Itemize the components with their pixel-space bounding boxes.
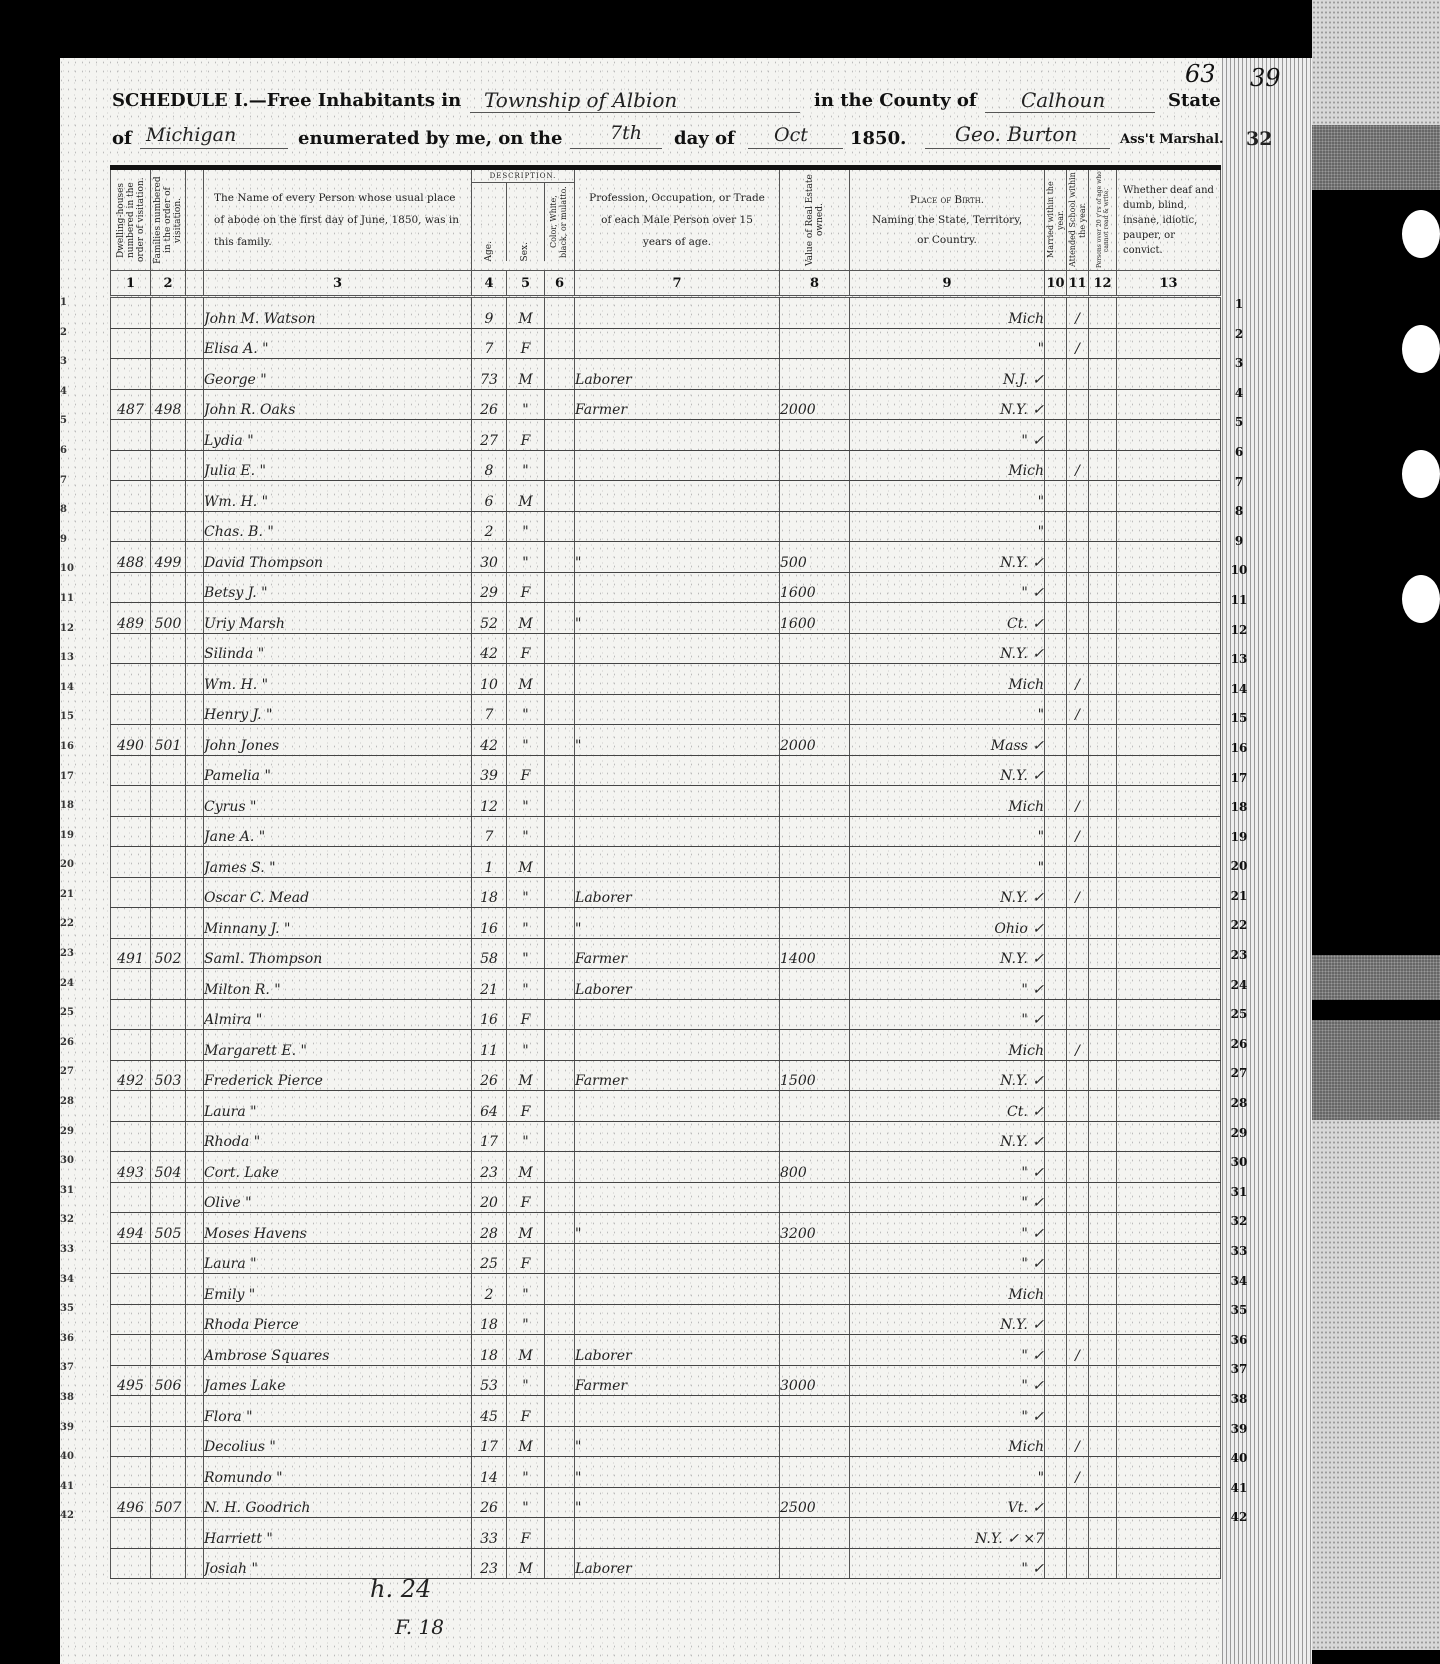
age-cell: 64 — [472, 1091, 507, 1122]
line-number: 41 — [1227, 1481, 1251, 1511]
table-row: James S. "1M" — [111, 847, 1221, 878]
attended-school-cell — [1067, 359, 1089, 390]
col-name-header: The Name of every Person whose usual pla… — [204, 168, 472, 271]
married-within-year-cell — [1045, 1060, 1067, 1091]
sex-cell: " — [507, 1365, 545, 1396]
footer-note-1: h. 24 — [370, 1575, 431, 1603]
table-row: 496507N. H. Goodrich26""2500Vt. ✓ — [111, 1487, 1221, 1518]
real-estate-value-cell — [780, 1396, 850, 1427]
age-cell: 26 — [472, 1487, 507, 1518]
married-within-year-cell — [1045, 359, 1067, 390]
line-number-left: 1 — [60, 297, 76, 327]
married-within-year-cell — [1045, 572, 1067, 603]
age-cell: 2 — [472, 1274, 507, 1305]
sex-cell: F — [507, 572, 545, 603]
col-number: 11 — [1067, 271, 1089, 297]
sex-cell: " — [507, 938, 545, 969]
age-cell: 18 — [472, 1335, 507, 1366]
dwelling-number-cell — [111, 1396, 151, 1427]
attended-school-cell — [1067, 1213, 1089, 1244]
color-cell — [545, 847, 575, 878]
birthplace-cell: " ✓ — [850, 1335, 1045, 1366]
dwelling-number-cell: 493 — [111, 1152, 151, 1183]
line-numbers-left: 1234567891011121314151617181920212223242… — [60, 297, 76, 1540]
attended-school-cell: / — [1067, 328, 1089, 359]
person-name-cell: John Jones — [204, 725, 472, 756]
attended-school-cell — [1067, 1243, 1089, 1274]
color-cell — [545, 1060, 575, 1091]
person-name-cell: Saml. Thompson — [204, 938, 472, 969]
color-cell — [545, 1548, 575, 1579]
occupation-cell: Laborer — [575, 359, 780, 390]
line-number-left: 33 — [60, 1244, 76, 1274]
occupation-cell: Farmer — [575, 938, 780, 969]
col-number: 1 — [111, 271, 151, 297]
color-cell — [545, 938, 575, 969]
occupation-cell — [575, 1304, 780, 1335]
sex-cell: " — [507, 1030, 545, 1061]
married-within-year-cell — [1045, 1487, 1067, 1518]
table-row: Rhoda Pierce18"N.Y. ✓ — [111, 1304, 1221, 1335]
cannot-read-write-cell — [1089, 389, 1117, 420]
real-estate-value-cell — [780, 1335, 850, 1366]
table-row: Chas. B. "2"" — [111, 511, 1221, 542]
attended-school-cell — [1067, 389, 1089, 420]
sex-cell: " — [507, 1457, 545, 1488]
married-within-year-cell — [1045, 1426, 1067, 1457]
attended-school-cell — [1067, 1060, 1089, 1091]
line-number-left: 29 — [60, 1126, 76, 1156]
person-name-cell: Flora " — [204, 1396, 472, 1427]
binder-ring — [1402, 210, 1440, 258]
color-cell — [545, 999, 575, 1030]
age-cell: 18 — [472, 877, 507, 908]
line-number-left: 41 — [60, 1481, 76, 1511]
family-number-cell: 507 — [151, 1487, 186, 1518]
occupation-cell: " — [575, 1426, 780, 1457]
color-cell — [545, 755, 575, 786]
occupation-cell: Farmer — [575, 389, 780, 420]
married-within-year-cell — [1045, 450, 1067, 481]
age-cell: 10 — [472, 664, 507, 695]
binder-ring — [1402, 325, 1440, 373]
township-value: Township of Albion — [484, 88, 677, 112]
dwelling-number-cell — [111, 297, 151, 329]
occupation-cell — [575, 1274, 780, 1305]
occupation-cell — [575, 694, 780, 725]
family-number-cell — [151, 999, 186, 1030]
line-number: 1 — [1227, 297, 1251, 327]
cannot-read-write-cell — [1089, 1518, 1117, 1549]
column-number-row: 1 2 3 4 5 6 7 8 9 10 11 12 13 — [111, 271, 1221, 297]
cannot-read-write-cell — [1089, 1365, 1117, 1396]
married-within-year-cell — [1045, 1335, 1067, 1366]
col-number: 4 — [472, 271, 507, 297]
age-cell: 12 — [472, 786, 507, 817]
sex-cell: M — [507, 1548, 545, 1579]
dwelling-number-cell: 494 — [111, 1213, 151, 1244]
family-number-cell — [151, 1548, 186, 1579]
line-number-left: 22 — [60, 918, 76, 948]
family-number-cell: 501 — [151, 725, 186, 756]
line-number-left: 26 — [60, 1037, 76, 1067]
dwelling-number-cell — [111, 847, 151, 878]
table-row: Ambrose Squares18MLaborer" ✓/ — [111, 1335, 1221, 1366]
cannot-read-write-cell — [1089, 1548, 1117, 1579]
attended-school-cell — [1067, 1274, 1089, 1305]
person-name-cell: Harriett " — [204, 1518, 472, 1549]
col-number: 3 — [204, 271, 472, 297]
family-number-cell — [151, 908, 186, 939]
condition-cell — [1117, 938, 1221, 969]
line-number-left: 35 — [60, 1303, 76, 1333]
condition-cell — [1117, 1182, 1221, 1213]
attended-school-cell — [1067, 1365, 1089, 1396]
person-name-cell: Laura " — [204, 1243, 472, 1274]
family-number-cell — [151, 816, 186, 847]
table-row: Decolius "17M"Mich/ — [111, 1426, 1221, 1457]
col-color-header: Color, White, black, or mulatto. — [549, 183, 569, 261]
sex-cell: " — [507, 786, 545, 817]
condition-cell — [1117, 633, 1221, 664]
married-within-year-cell — [1045, 1365, 1067, 1396]
person-name-cell: Rhoda " — [204, 1121, 472, 1152]
age-cell: 14 — [472, 1457, 507, 1488]
line-number-left: 21 — [60, 889, 76, 919]
cannot-read-write-cell — [1089, 908, 1117, 939]
birthplace-cell: " — [850, 1457, 1045, 1488]
condition-cell — [1117, 1548, 1221, 1579]
married-within-year-cell — [1045, 816, 1067, 847]
cannot-read-write-cell — [1089, 1274, 1117, 1305]
condition-cell — [1117, 450, 1221, 481]
birthplace-cell: " ✓ — [850, 969, 1045, 1000]
age-cell: 23 — [472, 1548, 507, 1579]
family-number-cell: 505 — [151, 1213, 186, 1244]
col-number: 10 — [1045, 271, 1067, 297]
attended-school-cell — [1067, 1396, 1089, 1427]
birthplace-cell: Mich — [850, 297, 1045, 329]
dwelling-number-cell — [111, 1304, 151, 1335]
occupation-cell: Laborer — [575, 1548, 780, 1579]
line-number: 3 — [1227, 356, 1251, 386]
color-cell — [545, 420, 575, 451]
color-cell — [545, 1091, 575, 1122]
line-number: 11 — [1227, 593, 1251, 623]
person-name-cell: Wm. H. " — [204, 664, 472, 695]
line-number: 7 — [1227, 475, 1251, 505]
sex-cell: M — [507, 1426, 545, 1457]
col-sex-header: Sex. — [520, 242, 530, 261]
dwelling-number-cell — [111, 450, 151, 481]
married-within-year-cell — [1045, 725, 1067, 756]
dwelling-number-cell — [111, 816, 151, 847]
table-row: 491502Saml. Thompson58"Farmer1400N.Y. ✓ — [111, 938, 1221, 969]
sex-cell: F — [507, 1518, 545, 1549]
family-number-cell — [151, 847, 186, 878]
sex-cell: " — [507, 694, 545, 725]
cannot-read-write-cell — [1089, 511, 1117, 542]
attended-school-cell — [1067, 1518, 1089, 1549]
condition-cell — [1117, 1121, 1221, 1152]
cannot-read-write-cell — [1089, 633, 1117, 664]
col-number: 9 — [850, 271, 1045, 297]
line-number: 42 — [1227, 1510, 1251, 1540]
birthplace-cell: " — [850, 511, 1045, 542]
person-name-cell: Moses Havens — [204, 1213, 472, 1244]
sex-cell: " — [507, 877, 545, 908]
line-number-left: 40 — [60, 1451, 76, 1481]
sex-cell: M — [507, 1060, 545, 1091]
col-number: 5 — [507, 271, 545, 297]
line-number-left: 4 — [60, 386, 76, 416]
col-occupation-header: Profession, Occupation, or Trade of each… — [575, 168, 780, 271]
line-number-left: 28 — [60, 1096, 76, 1126]
table-row: Laura "25F" ✓ — [111, 1243, 1221, 1274]
married-within-year-cell — [1045, 1030, 1067, 1061]
married-within-year-cell — [1045, 908, 1067, 939]
line-number-left: 18 — [60, 800, 76, 830]
person-name-cell: Julia E. " — [204, 450, 472, 481]
person-name-cell: Oscar C. Mead — [204, 877, 472, 908]
real-estate-value-cell — [780, 450, 850, 481]
color-cell — [545, 1213, 575, 1244]
color-cell — [545, 877, 575, 908]
occupation-cell — [575, 1121, 780, 1152]
real-estate-value-cell — [780, 786, 850, 817]
person-name-cell: Cyrus " — [204, 786, 472, 817]
line-number: 22 — [1227, 918, 1251, 948]
age-cell: 42 — [472, 725, 507, 756]
col-birthplace-header: Place of Birth. Naming the State, Territ… — [850, 168, 1045, 271]
cannot-read-write-cell — [1089, 725, 1117, 756]
cannot-read-write-cell — [1089, 1304, 1117, 1335]
person-name-cell: Minnany J. " — [204, 908, 472, 939]
line-number: 29 — [1227, 1126, 1251, 1156]
birthplace-cell: Mass ✓ — [850, 725, 1045, 756]
occupation-cell: Farmer — [575, 1060, 780, 1091]
table-row: Silinda "42FN.Y. ✓ — [111, 633, 1221, 664]
line-number: 5 — [1227, 415, 1251, 445]
color-cell — [545, 725, 575, 756]
dwelling-number-cell: 496 — [111, 1487, 151, 1518]
line-number-left: 37 — [60, 1362, 76, 1392]
sex-cell: M — [507, 297, 545, 329]
sex-cell: " — [507, 1274, 545, 1305]
census-rows: John M. Watson9MMich/Elisa A. "7F"/Georg… — [111, 297, 1221, 1579]
line-number: 9 — [1227, 534, 1251, 564]
cannot-read-write-cell — [1089, 1091, 1117, 1122]
birthplace-cell: N.J. ✓ — [850, 359, 1045, 390]
dwelling-number-cell — [111, 1274, 151, 1305]
dwelling-number-cell — [111, 786, 151, 817]
dwelling-number-cell — [111, 1548, 151, 1579]
cannot-read-write-cell — [1089, 420, 1117, 451]
age-cell: 73 — [472, 359, 507, 390]
condition-cell — [1117, 1274, 1221, 1305]
person-name-cell: Margarett E. " — [204, 1030, 472, 1061]
age-cell: 26 — [472, 389, 507, 420]
cannot-read-write-cell — [1089, 1487, 1117, 1518]
line-number: 33 — [1227, 1244, 1251, 1274]
real-estate-value-cell — [780, 1182, 850, 1213]
married-within-year-cell — [1045, 1396, 1067, 1427]
col-number: 13 — [1117, 271, 1221, 297]
sex-cell: M — [507, 1152, 545, 1183]
table-row: Betsy J. "29F1600" ✓ — [111, 572, 1221, 603]
condition-cell — [1117, 1243, 1221, 1274]
family-number-cell — [151, 1182, 186, 1213]
condition-cell — [1117, 1091, 1221, 1122]
cannot-read-write-cell — [1089, 297, 1117, 329]
table-row: 489500Uriy Marsh52M"1600Ct. ✓ — [111, 603, 1221, 634]
real-estate-value-cell: 2000 — [780, 725, 850, 756]
family-number-cell — [151, 297, 186, 329]
real-estate-value-cell — [780, 1243, 850, 1274]
line-number: 12 — [1227, 623, 1251, 653]
attended-school-cell: / — [1067, 816, 1089, 847]
county-label: in the County of — [814, 90, 977, 111]
attended-school-cell — [1067, 999, 1089, 1030]
line-number-left: 7 — [60, 475, 76, 505]
family-number-cell — [151, 1121, 186, 1152]
dwelling-number-cell — [111, 908, 151, 939]
family-number-cell: 503 — [151, 1060, 186, 1091]
sex-cell: " — [507, 511, 545, 542]
occupation-cell — [575, 450, 780, 481]
attended-school-cell — [1067, 755, 1089, 786]
line-number: 26 — [1227, 1037, 1251, 1067]
sex-cell: F — [507, 328, 545, 359]
cannot-read-write-cell — [1089, 450, 1117, 481]
real-estate-value-cell — [780, 1457, 850, 1488]
column-header-row: Dwelling-houses numbered in the order of… — [111, 168, 1221, 271]
cannot-read-write-cell — [1089, 359, 1117, 390]
table-row: 490501John Jones42""2000Mass ✓ — [111, 725, 1221, 756]
color-cell — [545, 603, 575, 634]
sex-cell: F — [507, 633, 545, 664]
line-number-left: 39 — [60, 1422, 76, 1452]
occupation-cell: " — [575, 542, 780, 573]
married-within-year-cell — [1045, 877, 1067, 908]
color-cell — [545, 511, 575, 542]
age-cell: 39 — [472, 755, 507, 786]
family-number-cell — [151, 328, 186, 359]
dwelling-number-cell — [111, 969, 151, 1000]
sex-cell: " — [507, 908, 545, 939]
sex-cell: M — [507, 1335, 545, 1366]
attended-school-cell — [1067, 633, 1089, 664]
real-estate-value-cell: 1600 — [780, 572, 850, 603]
family-number-cell — [151, 877, 186, 908]
married-within-year-cell — [1045, 328, 1067, 359]
line-number: 30 — [1227, 1155, 1251, 1185]
birthplace-cell: N.Y. ✓ — [850, 542, 1045, 573]
col-number: 12 — [1089, 271, 1117, 297]
line-number: 39 — [1227, 1422, 1251, 1452]
family-number-cell — [151, 694, 186, 725]
real-estate-value-cell — [780, 1518, 850, 1549]
age-cell: 42 — [472, 633, 507, 664]
cannot-read-write-cell — [1089, 1121, 1117, 1152]
line-number-left: 17 — [60, 771, 76, 801]
line-number-left: 16 — [60, 741, 76, 771]
person-name-cell: John M. Watson — [204, 297, 472, 329]
age-cell: 33 — [472, 1518, 507, 1549]
cannot-read-write-cell — [1089, 1396, 1117, 1427]
attended-school-cell — [1067, 572, 1089, 603]
real-estate-value-cell — [780, 847, 850, 878]
birthplace-cell: N.Y. ✓ — [850, 1304, 1045, 1335]
line-number-left: 20 — [60, 859, 76, 889]
col-illiterate-header: Persons over 20 y'rs of age who cannot r… — [1089, 168, 1117, 271]
age-cell: 7 — [472, 328, 507, 359]
stamped-page-number: 63 — [1185, 60, 1216, 88]
table-row: Harriett "33FN.Y. ✓ ×7 — [111, 1518, 1221, 1549]
birthplace-cell: " ✓ — [850, 420, 1045, 451]
state-value: Michigan — [146, 124, 236, 146]
attended-school-cell: / — [1067, 694, 1089, 725]
occupation-cell — [575, 786, 780, 817]
line-number: 14 — [1227, 682, 1251, 712]
table-row: Laura "64FCt. ✓ — [111, 1091, 1221, 1122]
family-number-cell — [151, 1518, 186, 1549]
sex-cell: " — [507, 389, 545, 420]
real-estate-value-cell: 500 — [780, 542, 850, 573]
line-number-left: 8 — [60, 504, 76, 534]
cannot-read-write-cell — [1089, 542, 1117, 573]
attended-school-cell — [1067, 481, 1089, 512]
birthplace-cell: Ct. ✓ — [850, 1091, 1045, 1122]
dwelling-number-cell — [111, 664, 151, 695]
line-number: 37 — [1227, 1362, 1251, 1392]
table-row: Elisa A. "7F"/ — [111, 328, 1221, 359]
dwelling-number-cell: 492 — [111, 1060, 151, 1091]
cannot-read-write-cell — [1089, 1243, 1117, 1274]
line-number-left: 27 — [60, 1066, 76, 1096]
birthplace-cell: " ✓ — [850, 1152, 1045, 1183]
description-header: DESCRIPTION. Age. Sex. Color, White, bla… — [472, 168, 575, 271]
attended-school-cell: / — [1067, 877, 1089, 908]
person-name-cell: Milton R. " — [204, 969, 472, 1000]
age-cell: 17 — [472, 1121, 507, 1152]
occupation-cell: " — [575, 1457, 780, 1488]
color-cell — [545, 1457, 575, 1488]
occupation-cell — [575, 1152, 780, 1183]
col-family-header: Families numbered in the order of visita… — [151, 168, 186, 271]
dwelling-number-cell: 487 — [111, 389, 151, 420]
sex-cell: F — [507, 999, 545, 1030]
birthplace-cell: " ✓ — [850, 572, 1045, 603]
condition-cell — [1117, 1487, 1221, 1518]
line-number-left: 32 — [60, 1214, 76, 1244]
person-name-cell: James S. " — [204, 847, 472, 878]
dwelling-number-cell — [111, 999, 151, 1030]
age-cell: 8 — [472, 450, 507, 481]
occupation-cell — [575, 572, 780, 603]
dwelling-number-cell — [111, 359, 151, 390]
sex-cell: " — [507, 969, 545, 1000]
real-estate-value-cell — [780, 420, 850, 451]
sex-cell: " — [507, 450, 545, 481]
family-number-cell — [151, 450, 186, 481]
family-number-cell — [151, 633, 186, 664]
cannot-read-write-cell — [1089, 664, 1117, 695]
enumerated-label: enumerated by me, on the — [298, 128, 562, 149]
census-table: Dwelling-houses numbered in the order of… — [110, 165, 1221, 1579]
occupation-cell: " — [575, 1213, 780, 1244]
birthplace-cell: " ✓ — [850, 1213, 1045, 1244]
